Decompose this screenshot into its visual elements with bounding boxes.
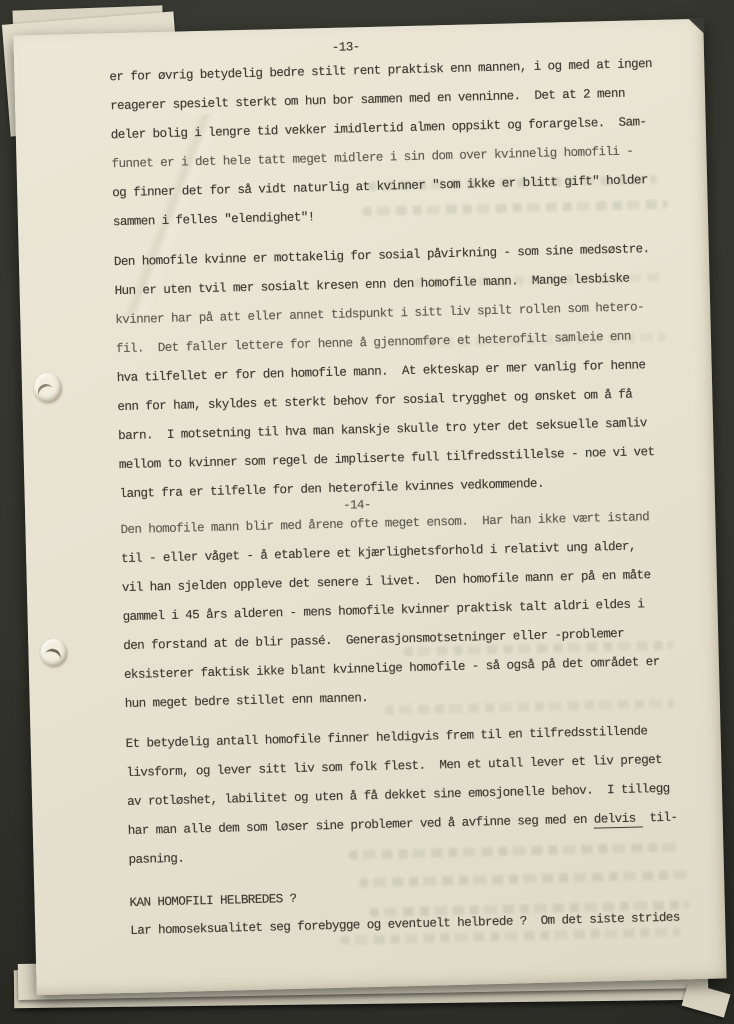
page-stack-corner (682, 982, 731, 1017)
paragraph-2: Den homofile kvinne er mottakelig for so… (114, 234, 681, 509)
scanned-document-photo: { "document": { "page_number_top": "-13-… (0, 0, 734, 1024)
paragraph-1: er for øvrig betydelig bedre stilt rent … (109, 50, 674, 238)
paragraph-4: Et betydelig antall homofile finner held… (125, 716, 689, 875)
text-segment: til- (642, 811, 677, 826)
paragraph-3: Den homofile mann blir med årene ofte me… (120, 502, 686, 719)
underlined-word: delvis (594, 811, 643, 828)
text-segment: har man alle dem som løser sine probleme… (128, 813, 594, 838)
typed-text-layer: -13- er for øvrig betydelig bedre stilt … (13, 19, 726, 996)
document-page: -13- er for øvrig betydelig bedre stilt … (13, 19, 726, 996)
